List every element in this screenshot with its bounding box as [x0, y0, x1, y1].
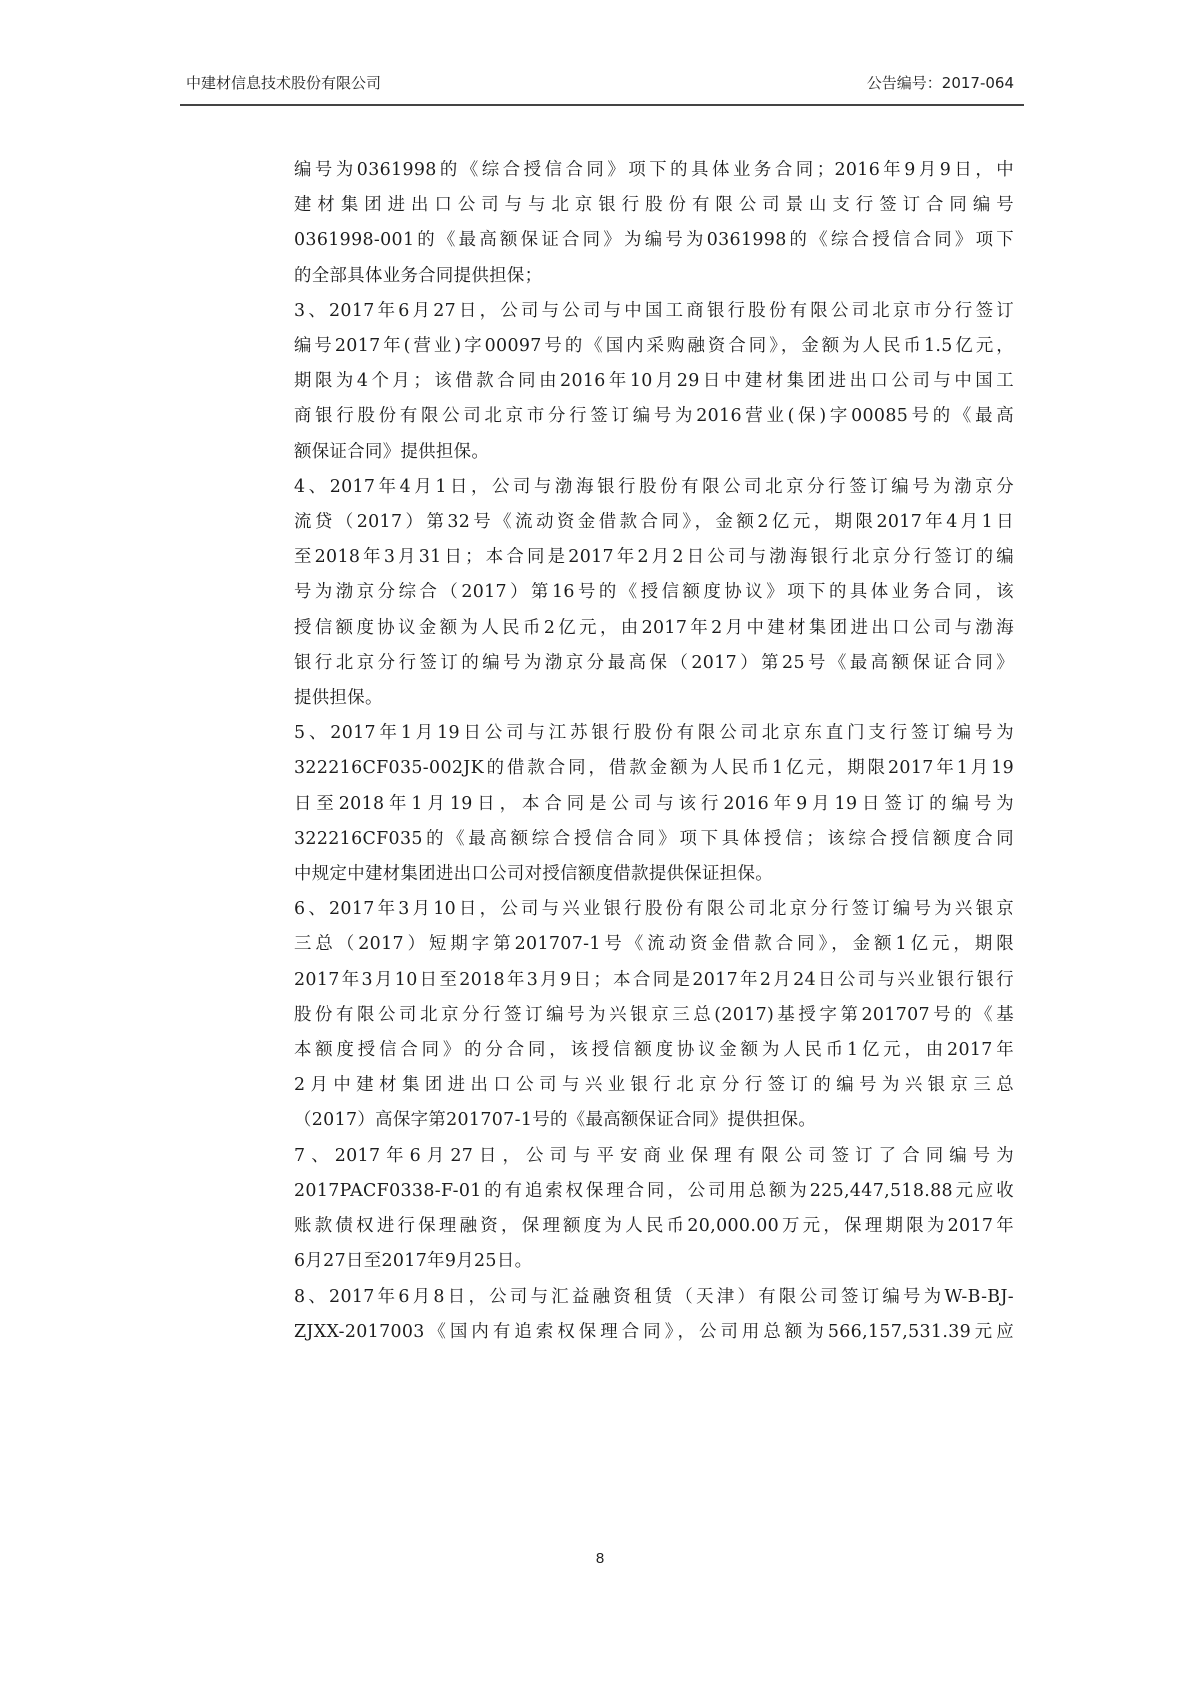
text-line: 编号2017年(营业)字00097号的《国内采购融资合同》，金额为人民币1.5亿… — [294, 329, 1014, 364]
text-line: 本额度授信合同》的分合同，该授信额度协议金额为人民币1亿元，由2017年 — [294, 1033, 1014, 1068]
text-line: 三总（2017）短期字第201707-1号《流动资金借款合同》，金额1亿元，期限 — [294, 927, 1014, 962]
document-body: 编号为0361998的《综合授信合同》项下的具体业务合同；2016年9月9日，中… — [294, 153, 1014, 1350]
text-line: 6、2017年3月10日，公司与兴业银行股份有限公司北京分行签订编号为兴银京 — [294, 892, 1014, 927]
text-line: 建材集团进出口公司与与北京银行股份有限公司景山支行签订合同编号 — [294, 188, 1014, 223]
header-divider — [180, 104, 1024, 106]
text-line: 授信额度协议金额为人民币2亿元，由2017年2月中建材集团进出口公司与渤海 — [294, 611, 1014, 646]
text-line: 5、2017年1月19日公司与江苏银行股份有限公司北京东直门支行签订编号为 — [294, 716, 1014, 751]
company-name: 中建材信息技术股份有限公司 — [186, 72, 381, 93]
text-line: 中规定中建材集团进出口公司对授信额度借款提供保证担保。 — [294, 857, 1014, 892]
text-line: 6月27日至2017年9月25日。 — [294, 1244, 1014, 1279]
text-line: 账款债权进行保理融资，保理额度为人民币20,000.00万元，保理期限为2017… — [294, 1209, 1014, 1244]
text-line: 0361998-001的《最高额保证合同》为编号为0361998的《综合授信合同… — [294, 223, 1014, 258]
text-line: 7、2017年6月27日，公司与平安商业保理有限公司签订了合同编号为 — [294, 1139, 1014, 1174]
text-line: 8、2017年6月8日，公司与汇益融资租赁（天津）有限公司签订编号为W-B-BJ… — [294, 1280, 1014, 1315]
page-header: 中建材信息技术股份有限公司 公告编号：2017-064 — [180, 70, 1020, 98]
text-line: 提供担保。 — [294, 681, 1014, 716]
text-line: 额保证合同》提供担保。 — [294, 435, 1014, 470]
text-line: 流贷（2017）第32号《流动资金借款合同》，金额2亿元，期限2017年4月1日 — [294, 505, 1014, 540]
text-line: 至2018年3月31日；本合同是2017年2月2日公司与渤海银行北京分行签订的编 — [294, 540, 1014, 575]
text-line: 商银行股份有限公司北京市分行签订编号为2016营业(保)字00085号的《最高 — [294, 399, 1014, 434]
text-line: 3、2017年6月27日，公司与公司与中国工商银行股份有限公司北京市分行签订 — [294, 294, 1014, 329]
text-line: ZJXX-2017003《国内有追索权保理合同》，公司用总额为566,157,5… — [294, 1315, 1014, 1350]
text-line: 4、2017年4月1日，公司与渤海银行股份有限公司北京分行签订编号为渤京分 — [294, 470, 1014, 505]
text-line: 2017年3月10日至2018年3月9日；本合同是2017年2月24日公司与兴业… — [294, 963, 1014, 998]
text-line: 2月中建材集团进出口公司与兴业银行北京分行签订的编号为兴银京三总 — [294, 1068, 1014, 1103]
page-number: 8 — [0, 1550, 1200, 1567]
text-line: 期限为4个月；该借款合同由2016年10月29日中建材集团进出口公司与中国工 — [294, 364, 1014, 399]
text-line: 号为渤京分综合（2017）第16号的《授信额度协议》项下的具体业务合同，该 — [294, 575, 1014, 610]
text-line: 的全部具体业务合同提供担保； — [294, 259, 1014, 294]
text-line: 股份有限公司北京分行签订编号为兴银京三总(2017)基授字第201707号的《基 — [294, 998, 1014, 1033]
text-line: 322216CF035-002JK的借款合同，借款金额为人民币1亿元，期限201… — [294, 751, 1014, 786]
text-line: 编号为0361998的《综合授信合同》项下的具体业务合同；2016年9月9日，中 — [294, 153, 1014, 188]
announcement-number: 公告编号：2017-064 — [867, 72, 1014, 93]
text-line: 银行北京分行签订的编号为渤京分最高保（2017）第25号《最高额保证合同》 — [294, 646, 1014, 681]
text-line: 日至2018年1月19日，本合同是公司与该行2016年9月19日签订的编号为 — [294, 787, 1014, 822]
text-line: 322216CF035的《最高额综合授信合同》项下具体授信；该综合授信额度合同 — [294, 822, 1014, 857]
text-line: 2017PACF0338-F-01的有追索权保理合同，公司用总额为225,447… — [294, 1174, 1014, 1209]
text-line: （2017）高保字第201707-1号的《最高额保证合同》提供担保。 — [294, 1103, 1014, 1138]
